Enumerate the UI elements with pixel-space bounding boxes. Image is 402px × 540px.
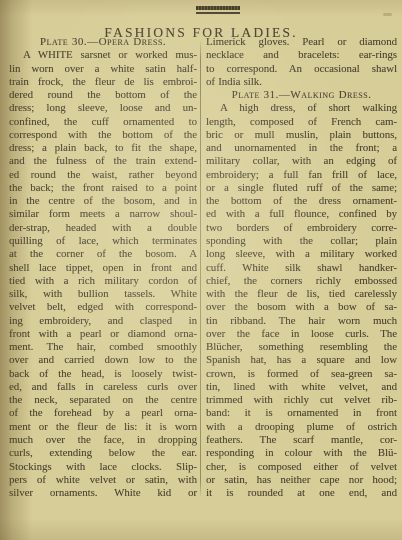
text-line: tin, lined with white velvet, and (206, 381, 397, 394)
text-line: ment or the fleur de lis: it is worn (9, 421, 197, 434)
text-line: trimmed with richly cut velvet rib- (206, 394, 397, 407)
text-line: silk, with bullion tassels. White (9, 288, 197, 301)
text-line: Limerick gloves. Pearl or diamond (206, 36, 397, 49)
text-line: pers of white velvet or satin, with (9, 474, 197, 487)
text-line: tied with a rich military cordon of (9, 275, 197, 288)
text-line: silver ornaments. White kid or (9, 487, 197, 500)
text-line: der-strap, headed with a double (9, 222, 197, 235)
text-line: velvet belt, edged with correspond- (9, 301, 197, 314)
text-line: Stockings with lace clocks. Slip- (9, 461, 197, 474)
text-line: over and carried down low to the (9, 354, 197, 367)
text-line: train frock, the fleur de lis embroi- (9, 76, 197, 89)
text-line: embroidery; a full fan frill of lace, (206, 169, 397, 182)
text-line: back of the head, is loosely twist- (9, 368, 197, 381)
text-line: with the fleur de lis, tied carelessly (206, 288, 397, 301)
text-line: two borders of embroidery corre- (206, 222, 397, 235)
plate-heading: Plate 31.—Walking Dress. (206, 89, 397, 102)
text-line: length, composed of French cam- (206, 116, 397, 129)
column-divider (200, 40, 201, 498)
text-line: A high dress, of short walking (206, 102, 397, 115)
text-line: tin ribband. The hair worn much (206, 315, 397, 328)
text-line: correspond with the bottom of the (9, 129, 197, 142)
text-line: over the face in loose curls. The (206, 328, 397, 341)
text-line: or satin, has neither cape nor hood; (206, 474, 397, 487)
text-line: band: it is ornamented in front (206, 407, 397, 420)
text-line: it is rounded at one end, and (206, 487, 397, 500)
text-line: to correspond. An occasional shawl (206, 63, 397, 76)
text-line: crown, is formed of sea-green sa- (206, 368, 397, 381)
text-line: quilling of lace, which terminates (9, 235, 197, 248)
text-line: lin worn over a white satin half- (9, 63, 197, 76)
text-line: long sleeve, with a military worked (206, 248, 397, 261)
text-line: curls, extending below the ear. (9, 447, 197, 460)
text-line: ing embroidery, and clasped in (9, 315, 197, 328)
text-line: chief, the corners richly embossed (206, 275, 397, 288)
text-line: and the fulness of the train extend- (9, 155, 197, 168)
text-line: ed, and falls in careless curls over (9, 381, 197, 394)
text-line: dress; long sleeve, loose and un- (9, 102, 197, 115)
text-line: the back; the front raised to a point (9, 182, 197, 195)
text-line: or a single fluted ruff of the same; (206, 182, 397, 195)
left-column: Plate 30.—Opera Dress.A WHITE sarsnet or… (9, 36, 197, 500)
magazine-page: FASHIONS FOR LADIES. Plate 30.—Opera Dre… (0, 0, 402, 540)
ornament-underline (196, 12, 240, 14)
text-line: military collar, with an edging of (206, 155, 397, 168)
text-line: sponding with the collar; plain (206, 235, 397, 248)
text-line: of the forehead by a pearl orna- (9, 407, 197, 420)
text-line: feathers. The scarf mantle, cor- (206, 434, 397, 447)
text-line: and unornamented in the front; a (206, 142, 397, 155)
plate-heading: Plate 30.—Opera Dress. (9, 36, 197, 49)
text-line: ment. The hair, combed smoothly (9, 341, 197, 354)
paper-smudge (383, 13, 392, 16)
text-line: at the corner of the bosom. A (9, 248, 197, 261)
text-line: dress; a plain back, to fit the shape, (9, 142, 197, 155)
text-line: Spanish hat, has a square and low (206, 354, 397, 367)
right-column: Limerick gloves. Pearl or diamondnecklac… (206, 36, 397, 500)
text-line: cuff. White silk shawl handker- (206, 262, 397, 275)
text-line: responding in colour with the Blü- (206, 447, 397, 460)
text-line: ed with a full flounce, confined by (206, 208, 397, 221)
text-line: front with a pearl or diamond orna- (9, 328, 197, 341)
ornament-bar (196, 6, 240, 10)
text-line: cher, is composed either of velvet (206, 461, 397, 474)
text-line: the bottom of the dress ornament- (206, 195, 397, 208)
text-line: much over the face, in dropping (9, 434, 197, 447)
text-line: confined, the cuff ornamented to (9, 116, 197, 129)
text-line: shell lace tippet, open in front and (9, 262, 197, 275)
text-line: in the centre of the bosom, and in (9, 195, 197, 208)
text-line: similar form meets a narrow shoul- (9, 208, 197, 221)
text-line: with a drooping plume of ostrich (206, 421, 397, 434)
text-line: A WHITE sarsnet or worked mus- (9, 49, 197, 62)
decorative-rule-icon (196, 6, 240, 14)
text-line: Blücher, something resembling the (206, 341, 397, 354)
text-line: of India silk. (206, 76, 397, 89)
text-line: bric or mull muslin, plain buttons, (206, 129, 397, 142)
text-line: dered round the bottom of the (9, 89, 197, 102)
text-line: the neck, separated on the centre (9, 394, 197, 407)
text-line: ed round the waist, rather beyond (9, 169, 197, 182)
text-line: over the bosom with a bow of sa- (206, 301, 397, 314)
text-line: necklace and bracelets: ear-rings (206, 49, 397, 62)
